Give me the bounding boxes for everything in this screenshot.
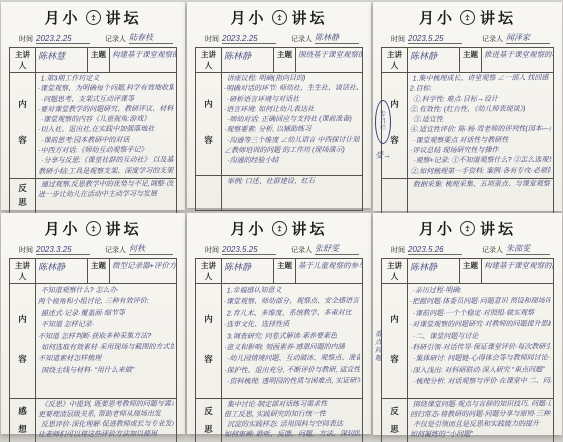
- form-title-left: 月小: [419, 218, 455, 239]
- form-title-left: 月小: [44, 218, 80, 239]
- form-title: 月小 讲坛: [373, 7, 562, 28]
- speaker-value: 陈林静: [408, 259, 460, 284]
- footer-label-cell: [196, 176, 222, 211]
- handwritten-line: ·科研引领·对话传导·保证课堂评价·每次教研引领·督导: [410, 342, 551, 354]
- footer-label: 反思: [384, 400, 405, 440]
- handwritten-line: ·资料梳理: 透明园的性质与困难点, 实证研究评价: [227, 376, 360, 388]
- handwritten-line: ·二、课堂问题与讨论: [413, 330, 551, 342]
- time-label: 时间: [19, 34, 33, 44]
- content-label-char: 容: [18, 134, 27, 146]
- content-cell: 讲座议程: 明确(指向目的)·明确对话的环节: 师幼社、生生社、谈话社、点评社·…: [222, 73, 363, 176]
- form-table: 主讲人 陈林静 主题 围绕基于课堂观察的内容分享 内容 讲座议程: 明确(指向目…: [195, 47, 363, 211]
- content-lines: 1.幸福感认知意义·课堂观察、师幼部分、观察点、安全感语言等2.育儿术、多维度、…: [224, 285, 361, 389]
- handwritten-line: 进一步让幼儿在活动中主动学习与发展: [38, 189, 174, 200]
- speaker-label: 主讲人: [10, 48, 36, 73]
- footer-label-char: 思: [18, 196, 27, 208]
- handwritten-line: 如何选取有效素材·采用现场与截图的方式加以记录: [41, 342, 174, 354]
- topic-label: 主题: [274, 48, 296, 73]
- margin-note-char: 栏: [380, 126, 386, 133]
- topic-value: 推进基于课堂观察的心得交流分享: [482, 48, 554, 73]
- handwritten-line: 不知道 怎样判断·获取多种采集方法?: [38, 330, 174, 342]
- form-table: 主讲人 陈林静 主题 推进基于课堂观察的心得交流分享 内容 1.集中梳理成长、讲…: [381, 47, 554, 214]
- topic-label: 主题: [460, 48, 482, 73]
- margin-circled-note: 专月栏: [375, 100, 391, 144]
- handwritten-line: 1.集中梳理成长、讲堂观察 ∠一部人 找回感: [413, 74, 551, 85]
- form-title-right: 讲坛: [480, 218, 516, 239]
- recorder-value: 陈林静: [315, 32, 359, 44]
- topic-value: 构建基于课堂观察的园本教研活动: [482, 259, 554, 284]
- meta-row: 时间 2023.2.25 记录人 陆春枝: [19, 32, 173, 44]
- content-label-cell: 内容: [382, 284, 408, 399]
- lecture-form-4: 月小 讲坛 时间 2023.3.25 记录人 何秋 主讲人 陈林静 主题 微型记…: [1, 213, 185, 434]
- margin-note-char: 题: [375, 355, 382, 363]
- speaker-value: 陈林静: [222, 48, 274, 73]
- handwritten-line: ·课堂观察、师幼部分、观察点、安全感语言等: [224, 296, 360, 308]
- form-title: 月小 讲坛: [187, 218, 371, 239]
- form-table: 主讲人 陈林静 主题 构建基于课堂观察的园本教研活动 内容 ·亲历过程·明确:·…: [381, 258, 554, 442]
- speaker-value: 陈林静: [408, 48, 460, 73]
- speaker-label: 主讲人: [10, 259, 36, 284]
- content-label: 内容: [198, 74, 219, 170]
- handwritten-line: 如何凝练的 “小问题”: [410, 430, 551, 441]
- handwritten-line: 举例: 口述、社群建设、红石: [227, 177, 360, 188]
- handwritten-line: 不仅是引领而且是反思和实践能力的提升: [413, 420, 551, 431]
- time-value: 2023.2.25: [222, 34, 276, 44]
- topic-label: 主题: [460, 259, 482, 284]
- content-label: 内容: [384, 285, 405, 393]
- footer-label-char: 反: [18, 182, 27, 194]
- content-cell: 1.幸福感认知意义·课堂观察、师幼部分、观察点、安全感语言等2.育儿术、多维度、…: [222, 284, 363, 399]
- recorder-value: 朱邵雯: [506, 243, 550, 255]
- meta-row: 时间 2023.5.25 记录人 张舒雯: [205, 243, 359, 255]
- footer-cell: 围绕课堂问题·观点与言辞的知识技巧, 问题·这是一回归常态·将教研的问题·问题分…: [408, 399, 554, 442]
- handwritten-line: ②.如何梳理第一手资料: 案例·各有专攻·必须针对性: [410, 166, 551, 177]
- content-label-char: 容: [390, 134, 399, 146]
- margin-arrow-note: 受→: [375, 150, 391, 161]
- seal-logo-icon: [86, 221, 101, 236]
- handwritten-line: ·明确对话的环节: 师幼社、生生社、谈话社、点评社: [224, 84, 360, 95]
- handwritten-line: ·沟通的经验小结: [227, 156, 360, 167]
- seal-logo-icon: [86, 10, 101, 25]
- margin-note-char: 问: [375, 347, 382, 355]
- footer-lines: 围绕课堂问题·观点与言辞的知识技巧, 问题·这是一回归常态·将教研的问题·问题分…: [410, 400, 551, 441]
- handwritten-line: 不知道 怎样记录·: [41, 319, 174, 331]
- scanned-page: 月小 讲坛 时间 2023.2.25 记录人 陆春枝 主讲人 陈林慧 主题 构建…: [0, 0, 563, 442]
- footer-label-cell: 反思: [382, 399, 408, 442]
- time-label: 时间: [19, 245, 33, 255]
- form-title: 月小 讲坛: [187, 7, 371, 28]
- meta-row: 时间 2023.2.25 记录人 陈林静: [205, 32, 359, 44]
- topic-label: 主题: [274, 259, 296, 284]
- recorder-value: 何秋: [129, 243, 173, 255]
- recorder-label: 记录人: [105, 34, 126, 44]
- handwritten-line: 教研小结:工具是观察支架、深度学习的支架: [38, 166, 174, 177]
- handwritten-line: 3.调查研究: 问卷式解读·素养要素色: [227, 330, 360, 342]
- content-label-cell: 内容: [10, 73, 36, 179]
- content-label-char: 内: [390, 313, 399, 325]
- content-cell: ·亲历过程·明确:·把握问题·体委员问题·问题意识 预设和现场评价意识等问题·课…: [408, 284, 554, 399]
- content-label-char: 容: [390, 353, 399, 365]
- speaker-value: 陈林慧: [36, 48, 88, 73]
- footer-lines: 《反思》中提到, 既要思考教师的问题与需求更要理清层级关系, 帮助老师从现场出发…: [38, 400, 174, 441]
- content-label-char: 容: [204, 353, 213, 365]
- form-title-right: 讲坛: [292, 218, 328, 239]
- handwritten-line: 让老师们可以将这些评价方法加以使用: [38, 430, 174, 441]
- recorder-label: 记录人: [482, 34, 503, 44]
- footer-label: 反思: [198, 400, 219, 440]
- time-label: 时间: [205, 34, 219, 44]
- handwritten-line: ·深入浅出: 对科研联动·深入研究 “重点问题”: [410, 364, 551, 376]
- content-label-cell: 内容: [10, 284, 36, 399]
- footer-label-cell: 感想: [10, 399, 36, 442]
- handwritten-line: ④.适宜性评价: 陈·杨·周老师的评判性(园本—成果): [410, 125, 551, 136]
- content-label-char: 内: [18, 98, 27, 110]
- margin-vertical-note: 重点问题: [375, 331, 382, 363]
- footer-label-char: 反: [204, 405, 213, 417]
- content-lines: 讲座议程: 明确(指向目的)·明确对话的环节: 师幼社、生生社、谈话社、点评社·…: [224, 74, 361, 168]
- topic-label: 主题: [88, 48, 110, 73]
- recorder-value: 陆春枝: [129, 32, 173, 44]
- handwritten-line: ∠教师培训的问题 的工作坊 (现场演示): [224, 146, 360, 157]
- margin-note-char: 专: [380, 112, 386, 119]
- handwritten-line: 不知道观察什么? 怎么办·: [41, 285, 174, 297]
- handwritten-line: ·把握问题·体委员问题·问题意识 预设和现场评价意识等问题: [410, 296, 551, 308]
- topic-value: 基于儿童观察的参与式讨论: [296, 259, 363, 284]
- seal-logo-icon: [460, 221, 475, 236]
- speaker-label: 主讲人: [196, 48, 222, 73]
- form-title-left: 月小: [230, 218, 266, 239]
- recorder-label: 记录人: [482, 245, 503, 255]
- content-label: 内容: [12, 74, 33, 170]
- handwritten-line: ·梳理分析: 对话观察与评价·在课堂中 二、问题—案例研究: [413, 376, 551, 388]
- content-label-char: 容: [204, 134, 213, 146]
- handwritten-line: 如何审辨: 聆听、反馈、问题、方法、深切的思考等: [224, 430, 360, 441]
- content-lines: 1.第3期工作坊定义·课堂观察、为明确每个问题,科学有效地收集记录信息·问题思考…: [38, 74, 175, 178]
- recorder-value: 闻泽家: [506, 32, 550, 44]
- handwritten-line: ·对课堂观察的问题研究·对教师的问题提升思路: [410, 319, 551, 331]
- footer-cell: 举例: 口述、社群建设、红石: [222, 176, 363, 211]
- form-title-right: 讲坛: [106, 7, 142, 28]
- handwritten-line: 两个视角和小组讨论, 三种有效评价:: [38, 296, 174, 308]
- content-label-char: 内: [204, 313, 213, 325]
- speaker-value: 陈林静: [36, 259, 88, 284]
- footer-label: 反思: [12, 180, 33, 210]
- handwritten-line: 数据采集: 梳理采集、五项重点、与课堂观察: [413, 179, 551, 190]
- margin-note-char: 重: [375, 331, 382, 339]
- recorder-label: 记录人: [291, 245, 312, 255]
- time-value: 2023.2.25: [36, 34, 90, 44]
- seal-logo-icon: [272, 10, 287, 25]
- time-label: 时间: [391, 34, 405, 44]
- footer-lines: 举例: 口述、社群建设、红石: [224, 177, 360, 188]
- footer-cell: 通过观察,反思教学中的优势与不足,调整·改进·提升进一步让幼儿在活动中主动学习与…: [36, 178, 177, 213]
- handwritten-line: 不知道素材怎样梳理: [38, 353, 174, 365]
- handwritten-line: ·幼儿园情境问题、互动破冰、观察点、准备性: [227, 353, 360, 365]
- lecture-form-6: 月小 讲坛 时间 2023.5.26 记录人 朱邵雯 主讲人 陈林静 主题 构建…: [373, 213, 562, 435]
- content-label-char: 内: [204, 98, 213, 110]
- footer-label: [198, 177, 219, 207]
- topic-value: 微型记录器+评价方式: [110, 259, 177, 284]
- handwritten-line: ·集体研讨: 问题链·心得体会等与教师间讨论·把握难度: [413, 353, 551, 365]
- footer-cell: 《反思》中提到, 既要思考教师的问题与需求更要理清层级关系, 帮助老师从现场出发…: [36, 399, 177, 442]
- handwritten-line: ·保护性、退出充分, 不断评价与教研, 适宜性: [224, 364, 360, 376]
- content-cell: 1.集中梳理成长、讲堂观察 ∠一部人 找回感2.目标:①.科学性: 难点·目标→…: [408, 73, 554, 179]
- footer-label-cell: [382, 178, 408, 213]
- form-title-right: 讲坛: [106, 218, 142, 239]
- footer-cell: 数据采集: 梳理采集、五项重点、与课堂观察: [408, 178, 554, 213]
- footer-label-cell: 反思: [196, 399, 222, 442]
- footer-lines: 数据采集: 梳理采集、五项重点、与课堂观察: [410, 179, 551, 190]
- seal-logo-icon: [272, 221, 287, 236]
- topic-label: 主题: [88, 259, 110, 284]
- meta-row: 时间 2023.5.26 记录人 朱邵雯: [391, 243, 550, 255]
- recorder-label: 记录人: [291, 34, 312, 44]
- seal-logo-icon: [460, 10, 475, 25]
- footer-label: [384, 180, 405, 210]
- lecture-form-2: 月小 讲坛 时间 2023.2.25 记录人 陈林静 主讲人 陈林静 主题 围绕…: [187, 2, 371, 208]
- form-title: 月小 讲坛: [1, 218, 185, 239]
- speaker-label: 主讲人: [382, 48, 408, 73]
- margin-note-char: 点: [375, 339, 382, 347]
- time-value: 2023.5.25: [222, 245, 276, 255]
- form-title-right: 讲坛: [480, 7, 516, 28]
- footer-label-char: 思: [204, 423, 213, 435]
- recorder-value: 张舒雯: [315, 243, 359, 255]
- handwritten-line: 描述式·记录·覆盖面·细节等: [41, 307, 174, 319]
- topic-value: 构建基于课堂观察的园本教研: [110, 48, 177, 73]
- time-value: 2023.5.26: [408, 245, 462, 255]
- content-label-char: 容: [18, 353, 27, 365]
- form-title-left: 月小: [44, 7, 80, 28]
- form-title-left: 月小: [419, 7, 455, 28]
- footer-lines: 集中讨论·制定部对话练习需求性借工反思, 实践研究的知行统一性沉淀的实践样态: …: [224, 400, 360, 441]
- content-label-cell: 内容: [196, 73, 222, 176]
- time-label: 时间: [391, 245, 405, 255]
- footer-label-char: 感: [18, 405, 27, 417]
- lecture-form-3: 月小 讲坛 时间 2023.5.25 记录人 闻泽家 主讲人 陈林静 主题 推进…: [373, 2, 562, 211]
- handwritten-line: ·亲历过程·明确:: [413, 285, 551, 297]
- content-cell: 不知道观察什么? 怎么办·两个视角和小组讨论, 三种有效评价:描述式·记录·覆盖…: [36, 284, 177, 399]
- lecture-form-1: 月小 讲坛 时间 2023.2.25 记录人 陆春枝 主讲人 陈林慧 主题 构建…: [1, 2, 185, 210]
- form-table: 主讲人 陈林静 主题 基于儿童观察的参与式讨论 内容 1.幸福感认知意义·课堂观…: [195, 258, 363, 442]
- meta-row: 时间 2023.3.25 记录人 何秋: [19, 243, 173, 255]
- handwritten-line: ·要对课堂教学的问题研究、教研评议、材料收集: [38, 104, 174, 115]
- handwritten-line: ·分享与反思:《课堂社群的互动社》 以及基于儿童视角: [41, 156, 174, 167]
- handwritten-line: ·师幼对话: 正确回应与支持社 (课前准备): [227, 115, 360, 126]
- handwritten-line: ·课堂观察、为明确每个问题,科学有效地收集记录信息: [38, 84, 174, 95]
- content-label-char: 内: [390, 98, 399, 110]
- form-title-right: 讲坛: [292, 7, 328, 28]
- content-label-char: 内: [18, 313, 27, 325]
- content-cell: 1.第3期工作坊定义·课堂观察、为明确每个问题,科学有效地收集记录信息·问题思考…: [36, 73, 177, 179]
- footer-cell: 集中讨论·制定部对话练习需求性借工反思, 实践研究的知行统一性沉淀的实践样态: …: [222, 399, 363, 442]
- footer-label-char: 反: [390, 405, 399, 417]
- handwritten-line: ·观察+记录: ①不知道观察什么? ②怎么选观察工具?: [413, 156, 551, 167]
- handwritten-line: 1.幸福感认知意义: [227, 285, 360, 297]
- topic-value: 围绕基于课堂观察的内容分享: [296, 48, 363, 73]
- handwritten-line: ·意义和影响: 刻画素养·感恩问题的内涵: [224, 342, 360, 354]
- handwritten-line: ·选审文化、选择性质: [224, 319, 360, 331]
- time-value: 2023.3.25: [36, 245, 90, 255]
- content-lines: ·亲历过程·明确:·把握问题·体委员问题·问题意识 预设和现场评价意识等问题·课…: [410, 285, 552, 389]
- handwritten-line: ·切入社、退出社,在实践中加强落地社: [38, 125, 174, 136]
- content-label-cell: 内容: [196, 284, 222, 399]
- content-lines: 1.集中梳理成长、讲堂观察 ∠一部人 找回感2.目标:①.科学性: 难点·目标→…: [410, 74, 552, 178]
- margin-note-char: 月: [380, 119, 386, 126]
- footer-label-char: 思: [390, 423, 399, 435]
- form-title: 月小 讲坛: [1, 7, 185, 28]
- footer-label-cell: 反思: [10, 178, 36, 213]
- form-table: 主讲人 陈林静 主题 微型记录器+评价方式 内容 不知道观察什么? 怎么办·两个…: [9, 258, 177, 442]
- meta-row: 时间 2023.5.25 记录人 闻泽家: [391, 32, 550, 44]
- footer-label: 感想: [12, 400, 33, 440]
- footer-label-char: 想: [18, 423, 27, 435]
- form-title: 月小 讲坛: [373, 218, 562, 239]
- form-table: 主讲人 陈林慧 主题 构建基于课堂观察的园本教研 内容 1.第3期工作坊定义·课…: [9, 47, 177, 214]
- handwritten-line: ·课前问题·一个个稳定·对照组·做实观察: [413, 307, 551, 319]
- handwritten-line: 围绕主线与材料· “用什么来做”: [41, 364, 174, 376]
- time-label: 时间: [205, 245, 219, 255]
- footer-lines: 通过观察,反思教学中的优势与不足,调整·改进·提升进一步让幼儿在活动中主动学习与…: [38, 179, 174, 200]
- speaker-label: 主讲人: [196, 259, 222, 284]
- recorder-label: 记录人: [105, 245, 126, 255]
- lecture-form-5: 月小 讲坛 时间 2023.5.25 记录人 张舒雯 主讲人 陈林静 主题 基于…: [187, 213, 371, 434]
- content-label: 内容: [198, 285, 219, 393]
- content-label: 内容: [12, 285, 33, 393]
- speaker-value: 陈林静: [222, 259, 274, 284]
- form-title-left: 月小: [230, 7, 266, 28]
- handwritten-line: 2.育儿术、多维度、系统教学、多重对比: [227, 307, 360, 319]
- speaker-label: 主讲人: [382, 259, 408, 284]
- content-lines: 不知道观察什么? 怎么办·两个视角和小组讨论, 三种有效评价:描述式·记录·覆盖…: [38, 285, 175, 377]
- time-value: 2023.5.25: [408, 34, 462, 44]
